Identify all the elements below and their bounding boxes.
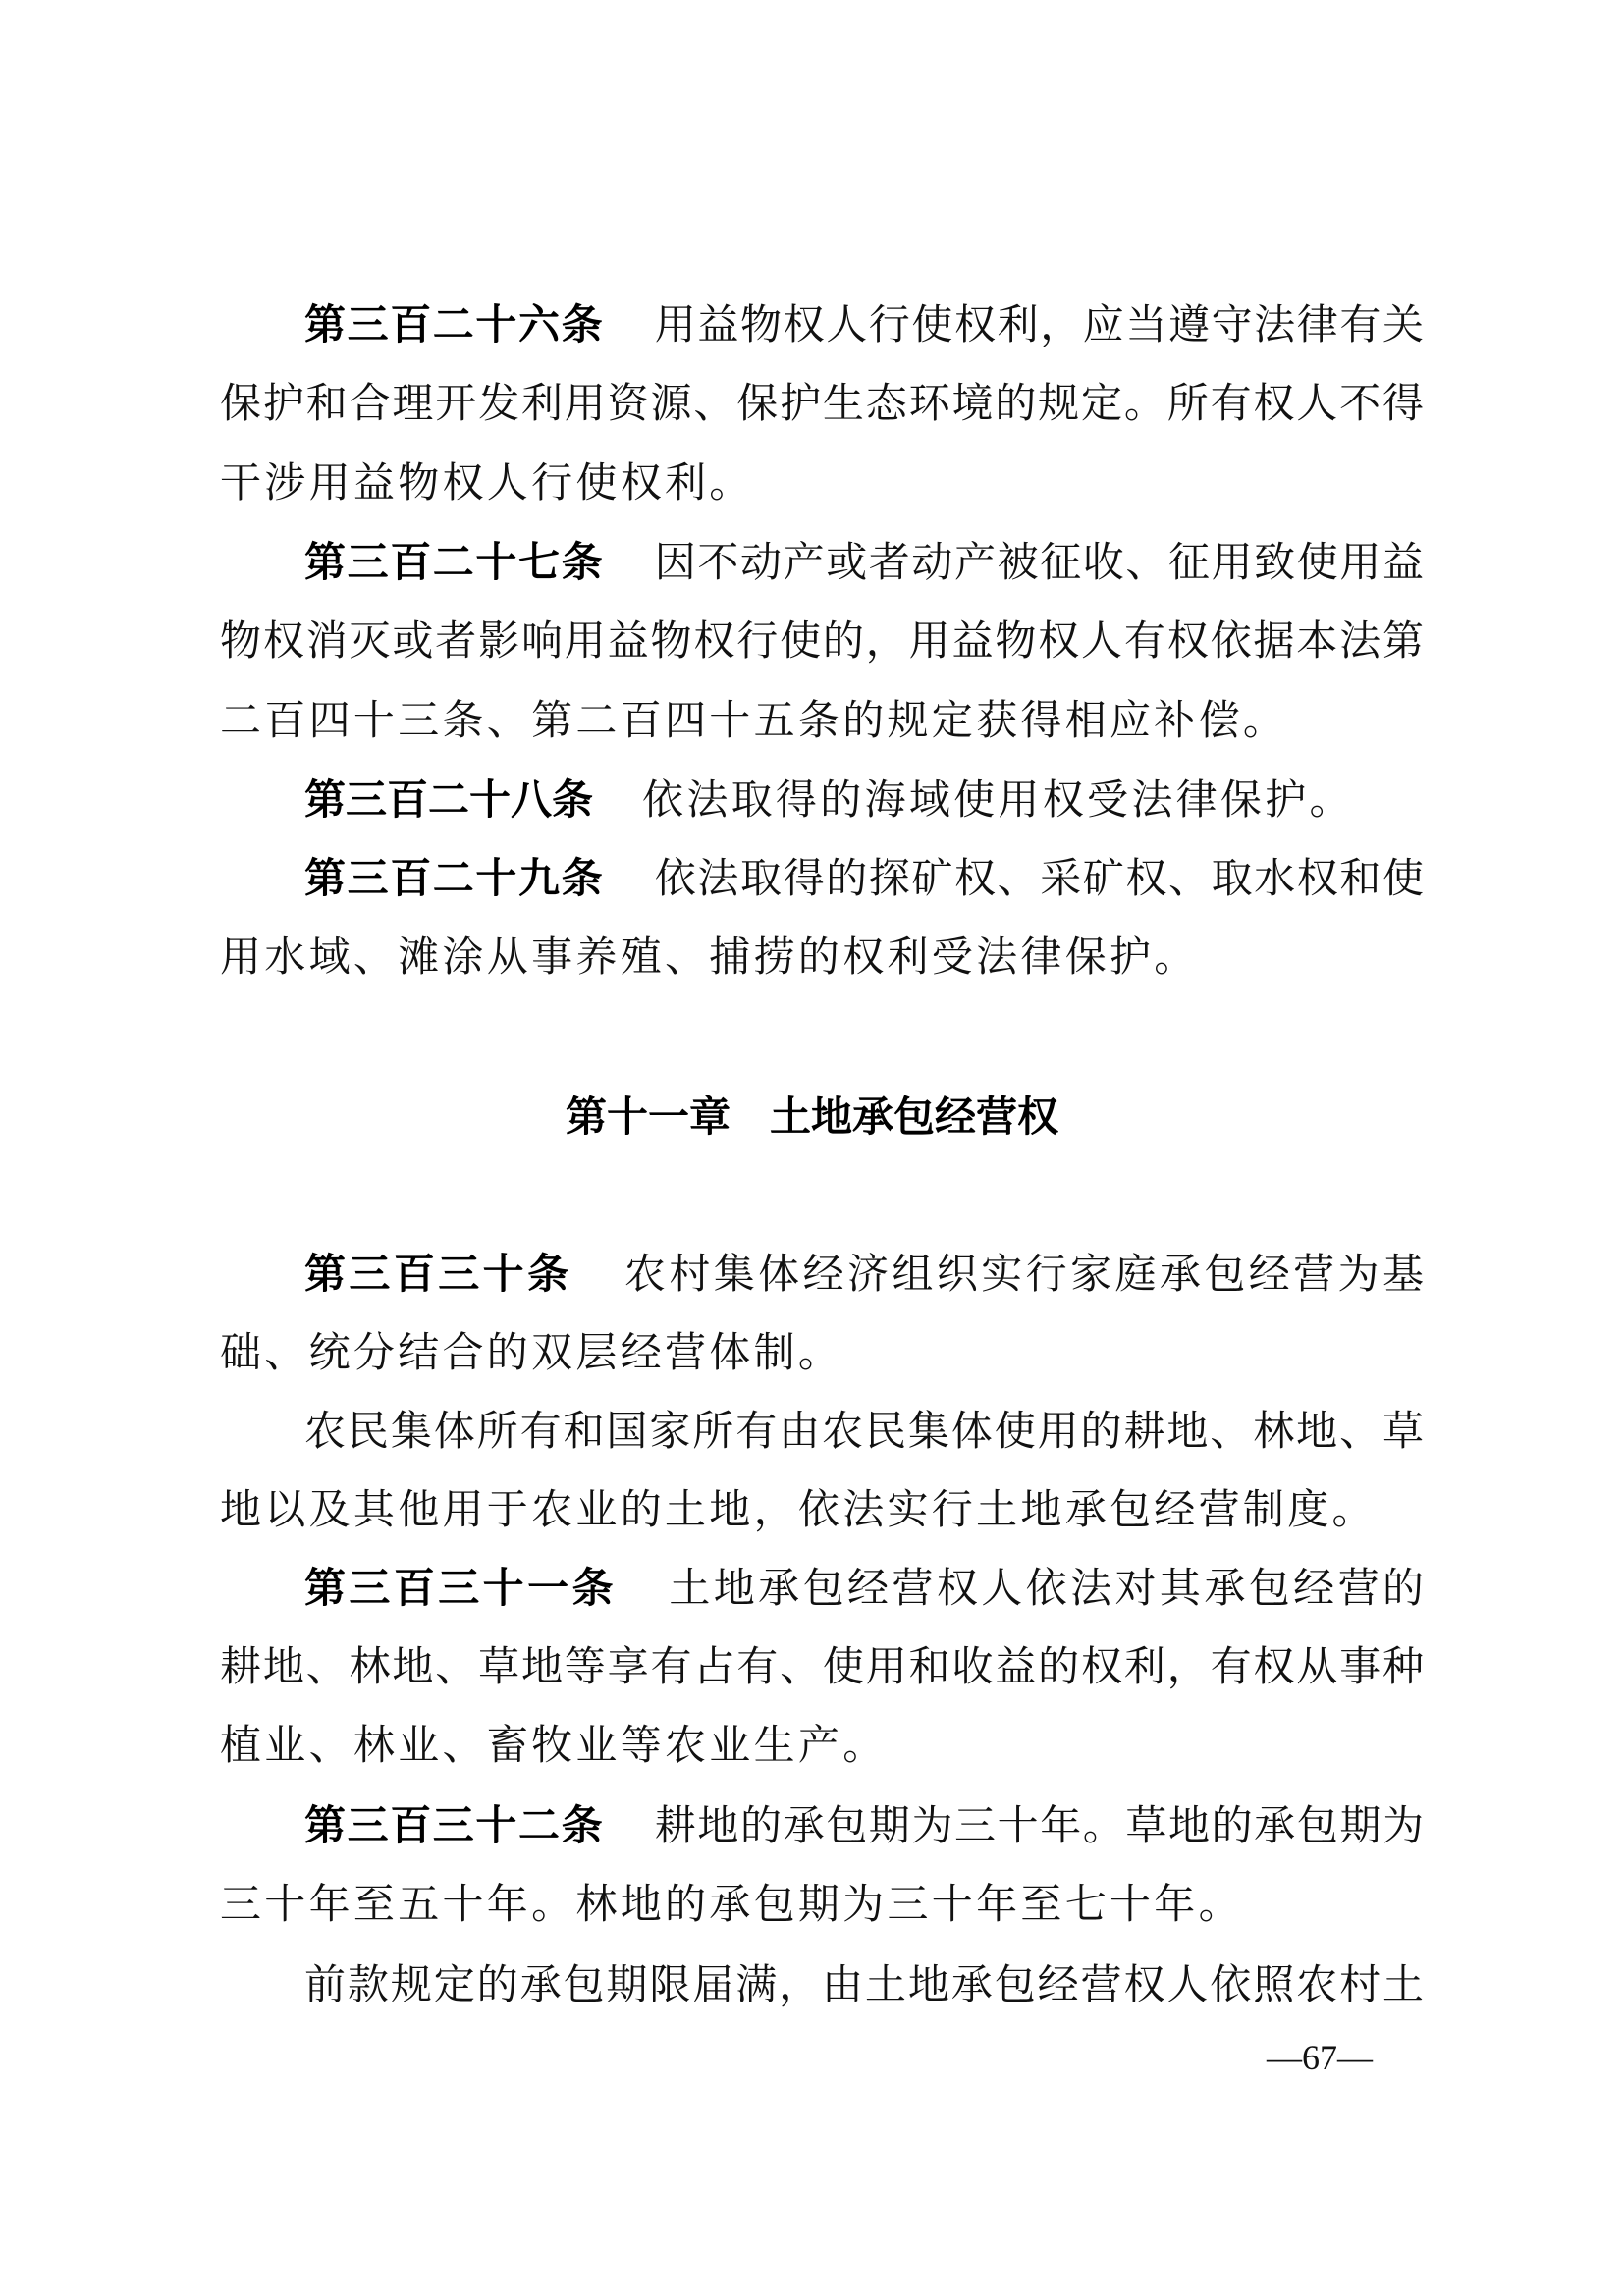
article-label: 第三百二十七条 (304, 538, 604, 586)
chapter-title: 土地承包经营权 (770, 1093, 1058, 1141)
article-326-line-3: 干涉用益物权人行使权利。 (220, 455, 1424, 510)
article-329-line-2: 用水域、滩涂从事养殖、捕捞的权利受法律保护。 (220, 930, 1424, 985)
article-text: 因不动产或者动产被征收、征用致使用益 (653, 538, 1424, 586)
article-327-line-1: 第三百二十七条因不动产或者动产被征收、征用致使用益 (304, 535, 1424, 590)
article-332-para-2-line-1: 前款规定的承包期限届满，由土地承包经营权人依照农村土 (304, 1957, 1424, 2012)
article-label: 第三百三十二条 (304, 1801, 604, 1849)
article-text: 土地承包经营权人依法对其承包经营的 (666, 1564, 1424, 1612)
chapter-number: 第十一章 (566, 1093, 731, 1141)
chapter-heading: 第十一章土地承包经营权 (0, 1090, 1624, 1145)
article-label: 第三百三十一条 (304, 1564, 617, 1612)
article-326-line-2: 保护和合理开发利用资源、保护生态环境的规定。所有权人不得 (220, 376, 1424, 431)
article-text: 用益物权人行使权利，应当遵守法律有关 (653, 300, 1424, 348)
article-326-line-1: 第三百二十六条用益物权人行使权利，应当遵守法律有关 (304, 297, 1424, 352)
article-label: 第三百二十八条 (304, 775, 593, 824)
document-page: 第三百二十六条用益物权人行使权利，应当遵守法律有关 保护和合理开发利用资源、保护… (0, 0, 1624, 2296)
article-331-line-3: 植业、林业、畜牧业等农业生产。 (220, 1718, 1424, 1773)
article-text: 农村集体经济组织实行家庭承包经营为基 (622, 1250, 1424, 1298)
article-327-line-2: 物权消灭或者影响用益物权行使的，用益物权人有权依据本法第 (220, 614, 1424, 668)
article-330-line-1: 第三百三十条农村集体经济组织实行家庭承包经营为基 (304, 1247, 1424, 1302)
article-label: 第三百三十条 (304, 1250, 572, 1298)
page-number: —67— (1267, 2036, 1373, 2079)
article-330-para-2-line-1: 农民集体所有和国家所有由农民集体使用的耕地、林地、草 (304, 1404, 1424, 1459)
article-label: 第三百二十九条 (304, 854, 604, 902)
article-327-line-3: 二百四十三条、第二百四十五条的规定获得相应补偿。 (220, 693, 1424, 748)
article-329-line-1: 第三百二十九条依法取得的探矿权、采矿权、取水权和使 (304, 851, 1424, 906)
article-330-para-2-line-2: 地以及其他用于农业的土地，依法实行土地承包经营制度。 (220, 1482, 1424, 1537)
article-330-line-2: 础、统分结合的双层经营体制。 (220, 1325, 1424, 1380)
article-label: 第三百二十六条 (304, 300, 604, 348)
article-text: 依法取得的探矿权、采矿权、取水权和使 (653, 854, 1424, 902)
article-331-line-1: 第三百三十一条土地承包经营权人依法对其承包经营的 (304, 1561, 1424, 1616)
article-text: 依法取得的海域使用权受法律保护。 (642, 775, 1354, 824)
article-331-line-2: 耕地、林地、草地等享有占有、使用和收益的权利，有权从事种 (220, 1639, 1424, 1694)
article-332-line-1: 第三百三十二条耕地的承包期为三十年。草地的承包期为 (304, 1798, 1424, 1853)
article-332-line-2: 三十年至五十年。林地的承包期为三十年至七十年。 (220, 1877, 1424, 1932)
article-text: 耕地的承包期为三十年。草地的承包期为 (653, 1801, 1424, 1849)
article-328-line-1: 第三百二十八条依法取得的海域使用权受法律保护。 (304, 773, 1424, 828)
